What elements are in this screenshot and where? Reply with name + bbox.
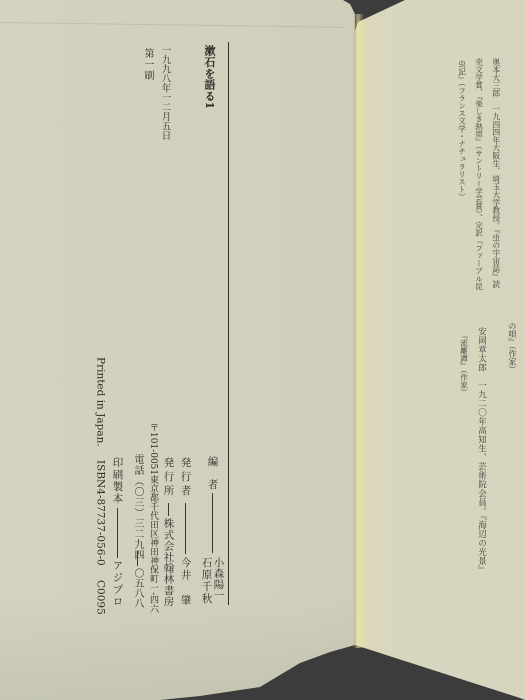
contributor-bio-line: 売文学賞、『楽しき熱帯』（サントリー学芸賞）、完訳『ファーブル昆 [475, 58, 483, 290]
page-gutter [354, 14, 364, 648]
book-photo: 漱石を語る1 一九九八年一二月五日 第一刷 編 者 小森陽一 石原千秋 発行者 … [0, 0, 525, 700]
phone-label: 電話 [132, 454, 142, 476]
printing-number: 第一刷 [142, 48, 152, 81]
printed-in-japan: Printed in Japan. [95, 357, 106, 447]
c-code: C0095 [95, 580, 106, 615]
publication-date: 一九九八年一二月五日 [160, 45, 170, 140]
publisher-dash [185, 503, 186, 554]
publisher-address: 〒101-0051東京都千代田区神田神保町一-四六 [148, 423, 157, 613]
publishing-house-dash [168, 503, 169, 516]
isbn: ISBN4-87737-056-0 [95, 460, 106, 566]
editors-dash [212, 493, 213, 553]
phone-dash [137, 551, 138, 566]
publisher-name: 今井 肇 [180, 557, 191, 607]
publishing-house-name: 株式会社翰林書房 [163, 518, 174, 607]
contributor-bio-line: 安岡章太郎 一九二〇年高知生、芸術院会員。『海辺の光景』 [477, 327, 486, 575]
phone-area-code: （〇三）三二九四 [132, 476, 142, 560]
publishing-house-label: 発行所 [163, 457, 174, 499]
editors-label: 編 者 [207, 456, 218, 491]
vertical-rule [228, 42, 229, 605]
contributor-bio-line: 奥本大三郎 一九四四年大阪生、埼玉大学教授。『虫の宇宙誌』読 [492, 58, 500, 288]
contributor-bio-line: の唄』（作家） [508, 322, 516, 373]
editor-name: 石原千秋 [201, 557, 212, 605]
printer-dash [117, 508, 118, 558]
contributor-bio-line: 虫記』（フランス文学・ナチュラリスト） [458, 60, 466, 201]
publisher-label: 発行者 [180, 457, 191, 499]
editor-name: 小森陽一 [213, 557, 224, 601]
printer-label: 印刷製本 [112, 457, 123, 505]
contributor-bio-line: 『流離譚』（作家） [460, 332, 468, 396]
printer-name: アジプロ [112, 560, 123, 608]
phone-number: 〇五八八 [132, 568, 142, 608]
book-title: 漱石を語る1 [204, 45, 215, 109]
